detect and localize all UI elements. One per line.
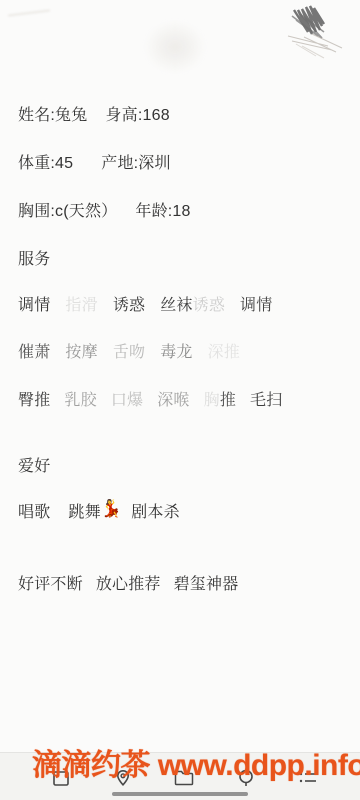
hobby-tag: 跳舞💃: [68, 499, 122, 522]
dancer-emoji-icon: 💃: [101, 499, 122, 522]
faint-pencil-mark: [8, 9, 50, 16]
profile-row: 胸围:c(天然） 年龄:18: [18, 198, 191, 221]
service-tag: 按摩: [65, 339, 97, 362]
services-heading: 服务: [18, 246, 50, 269]
service-tag: 催萧: [18, 339, 50, 362]
service-tag: 毛扫: [250, 387, 282, 410]
service-tag: 调情: [240, 292, 272, 315]
service-row: 调情 指滑 诱惑 丝袜诱惑 调情: [18, 292, 272, 315]
service-tag: 深推: [208, 339, 240, 362]
profile-origin: 产地:深圳: [101, 150, 170, 173]
hobby-tag: 剧本杀: [131, 499, 180, 522]
review-tag: 好评不断: [18, 571, 83, 594]
faint-smudge: [132, 10, 218, 84]
profile-bust: 胸围:c(天然）: [18, 198, 117, 221]
watermark-brand: 滴滴约茶: [32, 749, 150, 782]
service-tag: 诱惑: [113, 292, 145, 315]
photo-viewer-screen: 姓名:兔兔 身高:168 体重:45 产地:深圳 胸围:c(天然） 年龄:18 …: [0, 0, 360, 800]
profile-name: 姓名:兔兔: [18, 102, 87, 125]
watermark-url: www.ddpp.info: [158, 749, 360, 782]
profile-age: 年龄:18: [135, 198, 190, 221]
review-tag: 碧玺神器: [174, 571, 239, 594]
service-tag: 舌吻: [113, 339, 145, 362]
profile-weight: 体重:45: [18, 150, 73, 173]
profile-row: 姓名:兔兔 身高:168: [18, 102, 170, 125]
hobbies-heading: 爱好: [18, 453, 50, 476]
service-tag: 口爆: [111, 387, 143, 410]
profile-height: 身高:168: [105, 102, 169, 125]
service-tag: 深喉: [157, 387, 189, 410]
service-tag: 指滑: [65, 292, 97, 315]
home-indicator-handle[interactable]: [112, 792, 248, 796]
service-tag: 调情: [18, 292, 50, 315]
service-row: 臀推 乳胶 口爆 深喉 胸推 毛扫: [18, 387, 282, 410]
hobbies-row: 唱歌 跳舞💃 剧本杀: [18, 499, 180, 522]
service-tag: 毒龙: [160, 339, 192, 362]
service-tag: 胸推: [204, 387, 236, 410]
pencil-scribble: [272, 0, 350, 62]
service-tag: 臀推: [18, 387, 50, 410]
review-tag: 放心推荐: [96, 571, 161, 594]
service-tag: 乳胶: [64, 387, 96, 410]
hobby-tag: 唱歌: [18, 499, 50, 522]
watermark-ad: 滴滴约茶 www.ddpp.info: [32, 740, 360, 784]
reviews-row: 好评不断 放心推荐 碧玺神器: [18, 571, 238, 594]
service-tag: 丝袜诱惑: [160, 292, 225, 315]
profile-row: 体重:45 产地:深圳: [18, 150, 171, 173]
service-row: 催萧 按摩 舌吻 毒龙 深推: [18, 339, 240, 362]
